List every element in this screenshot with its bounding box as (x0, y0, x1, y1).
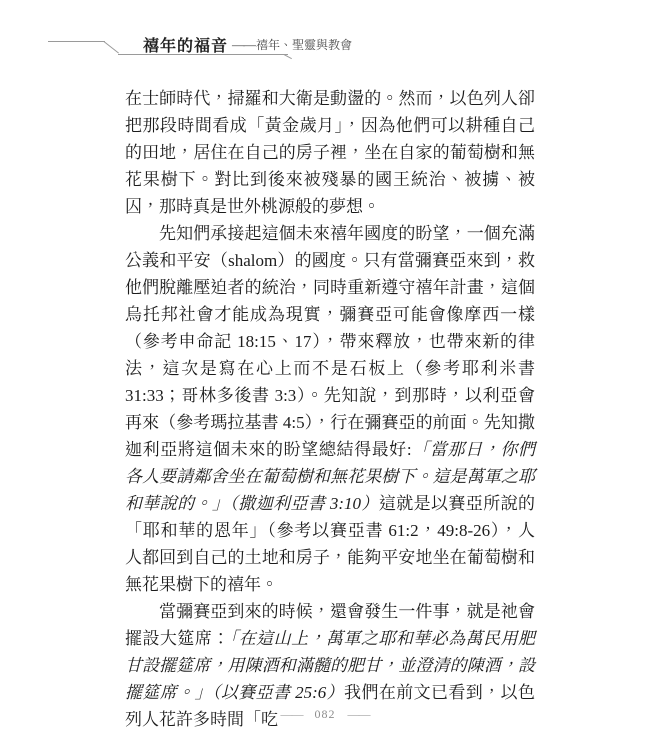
page-header: 禧年的福音 —— 禧年、聖靈與教會 (0, 0, 650, 70)
header-rule-left (48, 41, 105, 42)
book-subtitle: 禧年、聖靈與教會 (256, 36, 352, 53)
footer-dash-right: —— (348, 707, 370, 721)
book-page: 禧年的福音 —— 禧年、聖靈與教會 在士師時代，掃羅和大衛是動盪的。然而，以色列… (0, 0, 650, 750)
body-segment: 在士師時代，掃羅和大衛是動盪的。然而，以色列人卻把那段時間看成「黃金歲月」，因為… (125, 89, 535, 216)
book-title: 禧年的福音 (143, 33, 228, 56)
header-dash: —— (232, 37, 254, 53)
footer-dash-left: —— (281, 707, 303, 721)
body-text: 在士師時代，掃羅和大衛是動盪的。然而，以色列人卻把那段時間看成「黃金歲月」，因為… (125, 85, 535, 733)
page-footer: —— 082 —— (0, 707, 650, 722)
page-number: 082 (315, 707, 336, 721)
paragraph: 在士師時代，掃羅和大衛是動盪的。然而，以色列人卻把那段時間看成「黃金歲月」，因為… (125, 85, 535, 220)
running-head: 禧年的福音 —— 禧年、聖靈與教會 (143, 33, 352, 56)
paragraph: 先知們承接起這個未來禧年國度的盼望，一個充滿公義和平安（shalom）的國度。只… (125, 220, 535, 598)
body-segment: 先知們承接起這個未來禧年國度的盼望，一個充滿公義和平安（shalom）的國度。只… (125, 224, 535, 459)
header-rule-diagonal (103, 41, 119, 53)
